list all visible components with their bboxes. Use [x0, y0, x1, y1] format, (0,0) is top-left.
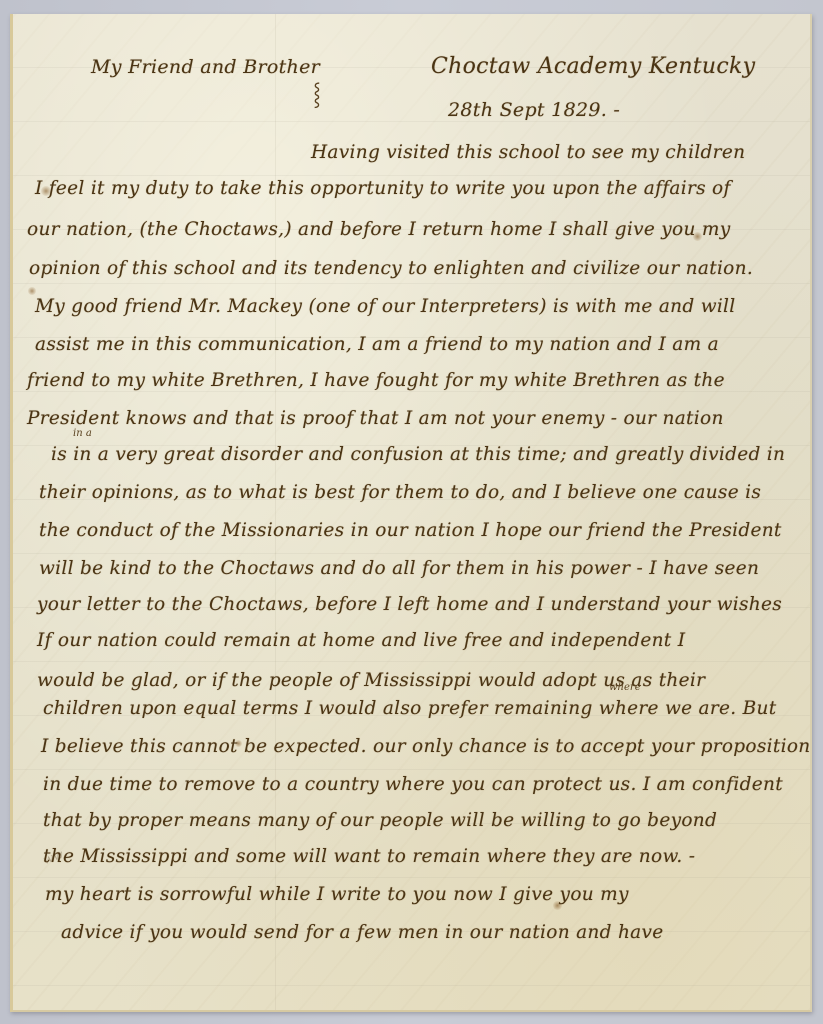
body-line: Having visited this school to see my chi…	[311, 142, 745, 163]
body-line: advice if you would send for a few men i…	[61, 922, 664, 943]
body-line: their opinions, as to what is best for t…	[39, 482, 761, 503]
body-line: the conduct of the Missionaries in our n…	[39, 520, 782, 541]
body-line: My good friend Mr. Mackey (one of our In…	[35, 296, 736, 317]
body-line: is in a very great disorder and confusio…	[51, 444, 785, 465]
body-line: your letter to the Choctaws, before I le…	[37, 594, 782, 615]
letter-date: 28th Sept 1829. -	[448, 99, 620, 121]
letter-page: My Friend and Brother ⸾ Choctaw Academy …	[10, 14, 812, 1012]
body-line: assist me in this communication, I am a …	[35, 334, 719, 355]
body-line: would be glad, or if the people of Missi…	[37, 670, 705, 691]
brace-mark: ⸾	[313, 78, 321, 108]
body-line: the Mississippi and some will want to re…	[43, 846, 695, 867]
interlinear-insertion: where	[609, 682, 641, 693]
body-line: that by proper means many of our people …	[43, 810, 717, 831]
interlinear-insertion: in a	[73, 428, 92, 439]
body-line: I believe this cannot be expected. our o…	[41, 736, 810, 757]
body-line: friend to my white Brethren, I have foug…	[27, 370, 725, 391]
salutation: My Friend and Brother	[91, 56, 320, 78]
body-line: will be kind to the Choctaws and do all …	[39, 558, 759, 579]
body-line: in due time to remove to a country where…	[43, 774, 783, 795]
body-line: opinion of this school and its tendency …	[29, 258, 753, 279]
letter-place: Choctaw Academy Kentucky	[431, 54, 755, 79]
body-line: I feel it my duty to take this opportuni…	[35, 178, 731, 199]
body-line: President knows and that is proof that I…	[27, 408, 724, 429]
body-line: children upon equal terms I would also p…	[43, 698, 776, 719]
ink-stain	[28, 287, 36, 295]
body-line: If our nation could remain at home and l…	[37, 630, 685, 651]
body-line: our nation, (the Choctaws,) and before I…	[27, 219, 731, 240]
body-line: my heart is sorrowful while I write to y…	[45, 884, 629, 905]
